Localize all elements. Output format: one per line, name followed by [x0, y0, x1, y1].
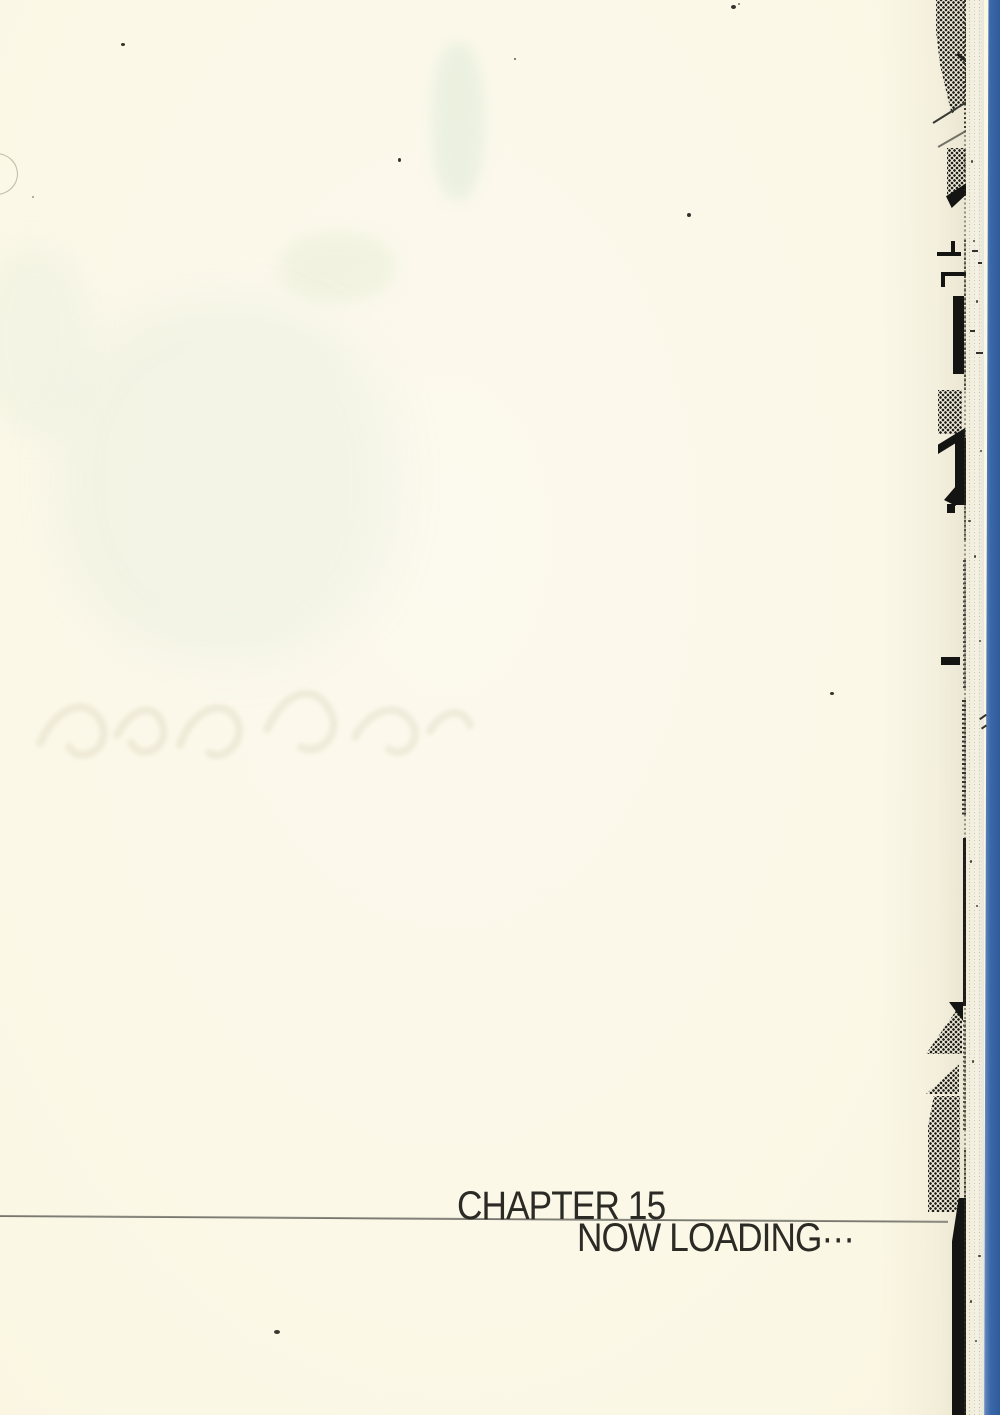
ghost-bleedthrough-blob	[0, 245, 90, 435]
halftone-wedge	[926, 1058, 959, 1094]
registration-tick	[941, 274, 945, 287]
dust-speck	[514, 58, 516, 60]
edge-dust-speck	[968, 520, 971, 522]
dust-speck	[687, 213, 691, 217]
ghost-bleedthrough-script	[15, 665, 485, 783]
dust-speck	[398, 158, 401, 162]
halftone-band	[928, 1096, 960, 1212]
ink-dash	[941, 657, 960, 665]
edge-texture-line	[979, 0, 980, 1415]
registration-tick	[951, 241, 955, 254]
now-loading-label: NOW LOADING···	[577, 1221, 854, 1255]
ink-bar	[953, 296, 964, 374]
edge-tick	[976, 352, 983, 354]
ghost-bleedthrough-blob	[55, 298, 395, 663]
dust-speck	[121, 43, 125, 46]
edge-texture-line	[974, 0, 975, 1415]
edge-texture-line	[969, 0, 970, 1415]
dust-speck	[274, 1330, 280, 1334]
dust-speck	[738, 3, 740, 5]
dust-speck	[830, 692, 834, 695]
dust-speck	[731, 5, 736, 9]
ghost-bleedthrough-figure	[432, 42, 484, 200]
edge-dust-speck	[976, 905, 978, 907]
ink-wedge	[944, 486, 956, 506]
book-edge-blue-strip	[983, 0, 1000, 1415]
edge-dust-speck	[980, 450, 982, 452]
edge-dust-speck	[970, 860, 972, 863]
edge-tick	[970, 330, 975, 332]
ghost-bleedthrough-blob	[280, 233, 395, 301]
edge-dust-speck	[978, 1255, 981, 1257]
ink-square	[947, 504, 955, 513]
page-edge-strip	[966, 0, 984, 1415]
edge-arc-mark	[0, 153, 18, 195]
edge-dust-speck	[979, 640, 981, 642]
scanned-book-page: CHAPTER 15 NOW LOADING···	[0, 0, 1000, 1415]
edge-dust-speck	[970, 1300, 972, 1303]
halftone-band	[938, 390, 962, 434]
edge-tick	[972, 250, 978, 252]
edge-dust-speck	[975, 1340, 977, 1342]
edge-tick	[978, 262, 982, 264]
registration-tick	[937, 252, 961, 256]
edge-dust-speck	[972, 1060, 974, 1063]
edge-dust-speck	[974, 555, 976, 558]
edge-dust-speck	[971, 160, 973, 163]
edge-dust-speck	[976, 300, 978, 303]
dust-speck	[32, 196, 34, 198]
edge-dust-speck	[973, 240, 975, 242]
